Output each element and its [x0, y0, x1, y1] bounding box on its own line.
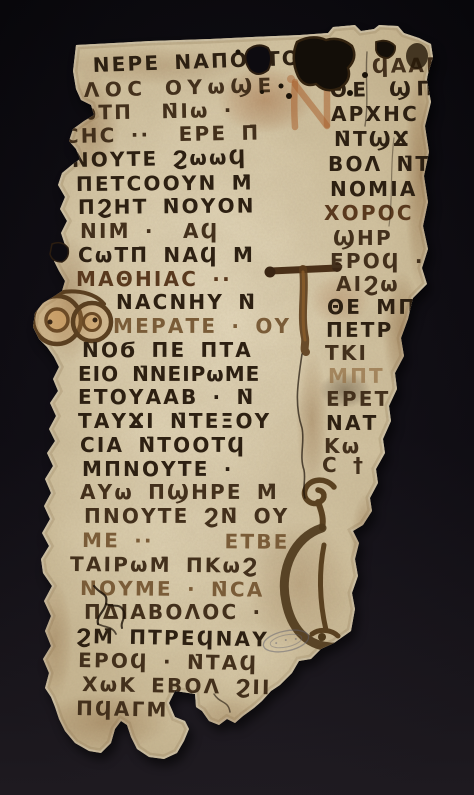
coptic-line-17: CΙΑ Ν̄ΤΟΟΤϤ	[80, 433, 246, 457]
coptic-line-26: ΕΡΟϤ · Ν̄ΤΑϤ	[78, 648, 259, 675]
coptic-line-24: ΠΔΙΑΒΟΛΟC ·	[84, 600, 262, 624]
coptic-line-r3: ΑΡΧΗC	[331, 102, 419, 126]
coptic-line-18: Μ̄ΠΝΟΥΤΕ ·	[82, 457, 234, 481]
coptic-line-r16: ΝΑΤ	[326, 411, 378, 435]
coptic-line-r4: Ν̄ΤϢϪ	[334, 127, 411, 151]
coptic-line-28: ΠϤΑΓΜ	[76, 696, 169, 722]
coptic-line-r6: ΝΟΜΙΑ	[330, 177, 418, 201]
coptic-line-r9: ΕΡΟϤ ·	[330, 249, 425, 273]
coptic-line-16: ΤΑΥϪΙ Ν̄ΤΕΞΟΥ	[78, 409, 271, 433]
coptic-line-r14: ΜΠΤ	[328, 364, 385, 388]
coptic-line-r8: ϢΗΡ	[333, 226, 393, 250]
coptic-line-r5: ΒΟΛ Ν̄Τ	[328, 152, 431, 176]
coptic-line-9: CωΤΠ̄ ΝΑϤ Μ̄	[78, 243, 255, 267]
coptic-line-10: ΜΑΘΗΙΑC ··	[76, 267, 232, 291]
coptic-line-14: ΕΙΟ Ν̄ΝΕΙΡωΜΕ	[78, 362, 260, 386]
coptic-line-15: ΕΤΟΥΑΑΒ · Ν̄	[78, 385, 255, 409]
coptic-line-r12: ΠΕΤΡ	[326, 318, 394, 342]
coptic-line-r15: ΕΡΕΤ	[326, 387, 390, 411]
coptic-line-r7: ΧΟΡΟC	[324, 201, 414, 225]
coptic-line-r10: ΑΙϨω	[336, 272, 400, 296]
coptic-line-19: ΑΥω ΠϢΗΡΕ Μ̄	[80, 480, 279, 504]
coptic-line-20: ΠΝΟΥΤΕ ϨΝ̄ ΟΥ	[84, 504, 289, 528]
coptic-line-25: ϨΜ̄ ΠΤΡΕϤΝΑΥ	[76, 624, 269, 651]
manuscript-photo: ΝΕΡΕ ΝΑΠΟCΤΟ ΛΟC ΟΥωϢΕ CωΤΠ Ν̄Ιω · CΗC ·…	[0, 0, 474, 795]
coptic-line-5: ΝΟΥΤΕ ϨωωϤ	[72, 145, 248, 172]
coptic-line-8: ΝΙΜ̄ · ΑϤ	[80, 219, 220, 243]
coptic-line-r13: ΤΚΙ	[325, 341, 368, 365]
coptic-line-21: ΜΕ ·· ΕΤΒΕ	[82, 528, 290, 554]
coptic-line-r18: C †	[322, 453, 365, 477]
manuscript-photo-svg: ΝΕΡΕ ΝΑΠΟCΤΟ ΛΟC ΟΥωϢΕ CωΤΠ Ν̄Ιω · CΗC ·…	[0, 0, 474, 795]
coptic-line-11: ΝΑCΝΗΥ Ν̄	[116, 290, 257, 314]
coptic-line-13: ΝΟϬ ΠΕ ΠΤΑ	[82, 338, 253, 362]
coptic-line-22: ΤΑΙΡωΜ̄ ΠΚωϨ	[70, 552, 259, 578]
coptic-line-7: ΠϨΗΤ Ν̄ΟΥΟΝ	[78, 193, 256, 219]
coptic-line-23: ΝΟΥΜΕ · Ν̄CΑ	[80, 576, 265, 602]
coptic-line-12: ΜΕΡΑΤΕ · ΟΥ	[113, 314, 291, 338]
coptic-line-6: ΠΕΤCΟΟΥΝ Μ̄	[76, 170, 254, 196]
coptic-line-r11: ΘΕ ΜΠ	[327, 295, 417, 319]
coptic-line-2: ΛΟC ΟΥωϢΕ	[84, 73, 278, 102]
coptic-line-4: CΗC ·· ΕΡΕ Π̄	[64, 121, 261, 148]
